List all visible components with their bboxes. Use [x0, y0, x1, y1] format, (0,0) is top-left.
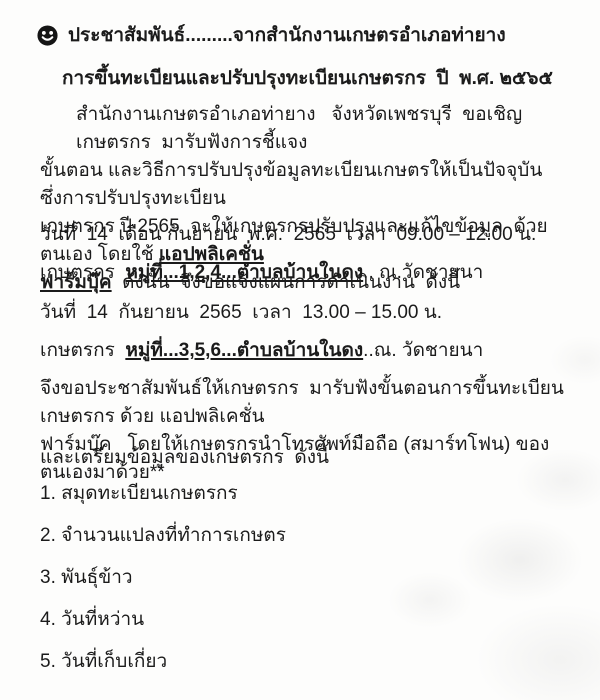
schedule-2-group-highlight: หมู่ที่...3,5,6...ตำบลบ้านในดง [125, 340, 363, 361]
schedule-1-group-suffix: .. ณ.วัดชายนา [363, 262, 483, 283]
checklist-item: 3. พันธุ์ข้าว [40, 564, 286, 592]
schedule-1-date: วันที่ 14 เดือน กันยายน พ.ศ. 2565 เวลา 0… [40, 221, 536, 249]
announcement-header: ประชาสัมพันธ์.........จากสำนักงานเกษตรอำ… [36, 20, 506, 50]
intro-line-1: สำนักงานเกษตรอำเภอท่ายาง จังหวัดเพชรบุรี… [40, 101, 572, 157]
schedule-1-group-highlight: หมู่ที่...1,2,4...ตำบลบ้านในดง [125, 262, 363, 283]
smiley-icon [36, 24, 59, 47]
checklist-item: 2. จำนวนแปลงที่ทำการเกษตร [40, 522, 286, 550]
schedule-1-group-prefix: เกษตรกร [40, 262, 125, 283]
schedule-2-group-suffix: ..ณ. วัดชายนา [363, 340, 483, 361]
schedule-1-group: เกษตรกร หมู่ที่...1,2,4...ตำบลบ้านในดง..… [40, 259, 483, 287]
document-title: การขึ้นทะเบียนและปรับปรุงทะเบียนเกษตรกร … [62, 63, 553, 93]
outro-line-1: จึงขอประชาสัมพันธ์ให้เกษตรกร มารับฟังขั้… [40, 375, 585, 431]
intro-line-2: ขั้นตอน และวิธีการปรับปรุงข้อมูลทะเบียนเ… [40, 157, 572, 213]
schedule-2-group-prefix: เกษตรกร [40, 340, 125, 361]
schedule-2-date: วันที่ 14 กันยายน 2565 เวลา 13.00 – 15.0… [40, 299, 442, 327]
checklist-item: 5. วันที่เก็บเกี่ยว [40, 648, 286, 676]
schedule-2-group: เกษตรกร หมู่ที่...3,5,6...ตำบลบ้านในดง..… [40, 337, 483, 365]
document-page: ประชาสัมพันธ์.........จากสำนักงานเกษตรอำ… [0, 0, 600, 700]
checklist-item: 4. วันที่หว่าน [40, 606, 286, 634]
announcement-header-text: ประชาสัมพันธ์.........จากสำนักงานเกษตรอำ… [68, 20, 506, 50]
checklist: 1. สมุดทะเบียนเกษตรกร 2. จำนวนแปลงที่ทำก… [40, 480, 286, 690]
checklist-item: 1. สมุดทะเบียนเกษตรกร [40, 480, 286, 508]
prepare-heading: และเตรียมข้อมูลของเกษตรกร ดังนี้ [40, 444, 329, 472]
